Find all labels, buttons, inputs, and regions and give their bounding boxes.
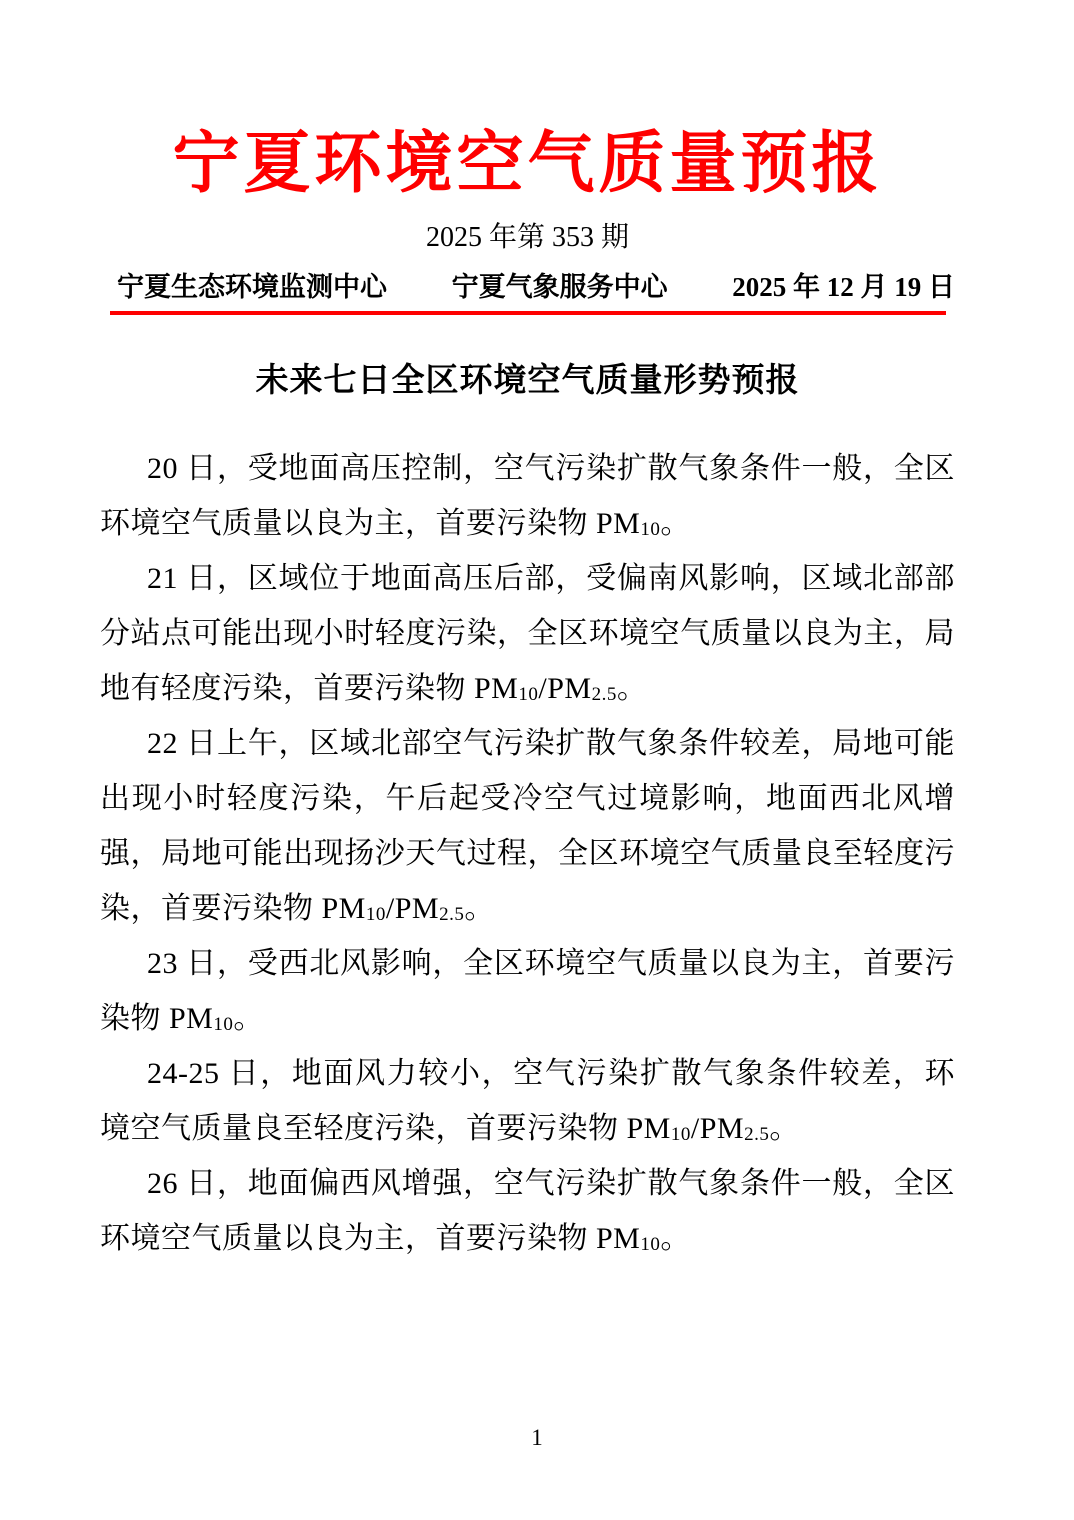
pollutant-subscript: 2.5 [744, 1124, 769, 1145]
org-center: 宁夏气象服务中心 [452, 269, 668, 305]
paragraph-text: /PM [691, 1112, 744, 1145]
pollutant-subscript: 10 [640, 519, 660, 540]
pollutant-subscript: 2.5 [439, 904, 464, 925]
issue-number: 2025 年第 353 期 [100, 220, 955, 256]
section-title: 未来七日全区环境空气质量形势预报 [100, 359, 955, 401]
paragraph-text: /PM [386, 892, 439, 925]
paragraph-text: 。 [464, 892, 495, 925]
forecast-paragraph: 21 日，区域位于地面高压后部，受偏南风影响，区域北部部分站点可能出现小时轻度污… [100, 551, 955, 716]
pollutant-subscript: 10 [640, 1234, 660, 1255]
document-content: 宁夏环境空气质量预报 2025 年第 353 期 宁夏生态环境监测中心 宁夏气象… [100, 0, 955, 1266]
page-title: 宁夏环境空气质量预报 [100, 0, 955, 206]
org-left: 宁夏生态环境监测中心 [117, 269, 387, 305]
forecast-paragraph: 24-25 日，地面风力较小，空气污染扩散气象条件较差，环境空气质量良至轻度污染… [100, 1046, 955, 1156]
paragraph-text: 20 日，受地面高压控制，空气污染扩散气象条件一般，全区环境空气质量以良为主，首… [100, 452, 955, 540]
paragraph-text: 22 日上午，区域北部空气污染扩散气象条件较差，局地可能出现小时轻度污染，午后起… [100, 727, 955, 925]
header-divider [110, 311, 946, 315]
paragraph-text: 。 [617, 672, 648, 705]
pollutant-subscript: 10 [671, 1124, 691, 1145]
page-number: 1 [0, 1424, 1074, 1452]
document-page: 宁夏环境空气质量预报 2025 年第 353 期 宁夏生态环境监测中心 宁夏气象… [0, 0, 1074, 1520]
pollutant-subscript: 2.5 [592, 684, 617, 705]
pollutant-subscript: 10 [366, 904, 386, 925]
header-orgs-row: 宁夏生态环境监测中心 宁夏气象服务中心 2025 年 12 月 19 日 [100, 269, 955, 305]
forecast-paragraph: 22 日上午，区域北部空气污染扩散气象条件较差，局地可能出现小时轻度污染，午后起… [100, 716, 955, 936]
paragraph-text: 。 [660, 507, 691, 540]
body-paragraphs: 20 日，受地面高压控制，空气污染扩散气象条件一般，全区环境空气质量以良为主，首… [100, 441, 955, 1266]
paragraph-text: 。 [660, 1222, 691, 1255]
paragraph-text: 。 [769, 1112, 800, 1145]
paragraph-text: 26 日，地面偏西风增强，空气污染扩散气象条件一般，全区环境空气质量以良为主，首… [100, 1167, 955, 1255]
paragraph-text: 。 [233, 1002, 264, 1035]
paragraph-text: /PM [538, 672, 591, 705]
pollutant-subscript: 10 [518, 684, 538, 705]
forecast-paragraph: 20 日，受地面高压控制，空气污染扩散气象条件一般，全区环境空气质量以良为主，首… [100, 441, 955, 551]
pollutant-subscript: 10 [213, 1014, 233, 1035]
paragraph-text: 24-25 日，地面风力较小，空气污染扩散气象条件较差，环境空气质量良至轻度污染… [100, 1057, 955, 1145]
forecast-paragraph: 23 日，受西北风影响，全区环境空气质量以良为主，首要污染物 PM10。 [100, 936, 955, 1046]
forecast-paragraph: 26 日，地面偏西风增强，空气污染扩散气象条件一般，全区环境空气质量以良为主，首… [100, 1156, 955, 1266]
issue-date: 2025 年 12 月 19 日 [732, 269, 955, 305]
